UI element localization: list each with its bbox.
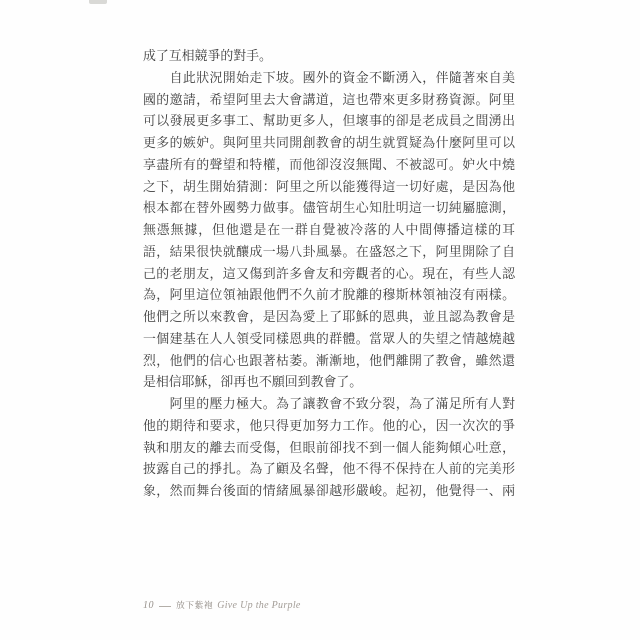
body-text-line: 之下，胡生開始猜測：阿里之所以能獲得這一切好處，是因為他 (143, 177, 515, 199)
footer-separator-line (159, 606, 171, 607)
body-text-line: 為，阿里這位領袖跟他們不久前才脫離的穆斯林領袖沒有兩樣。 (143, 285, 515, 307)
body-text-line: 他們之所以來教會，是因為愛上了耶穌的恩典，並且認為教會是 (143, 307, 515, 329)
body-text-line: 享盡所有的聲望和特權，而他卻沒沒無聞、不被認可。妒火中燒 (143, 155, 515, 177)
body-text-line: 可以發展更多事工、幫助更多人，但壞事的卻是老成員之間湧出 (143, 111, 515, 133)
body-text-line: 一個建基在人人領受同樣恩典的群體。當眾人的失望之情越燒越 (143, 329, 515, 351)
body-text-line: 無憑無據，但他還是在一群自覺被冷落的人中間傳播這樣的耳 (143, 220, 515, 242)
body-text-line: 自此狀況開始走下坡。國外的資金不斷湧入，伴隨著來自美 (143, 68, 515, 90)
body-text-line: 象，然而舞台後面的情緒風暴卻越形嚴峻。起初，他覺得一、兩 (143, 481, 515, 503)
body-text-line: 更多的嫉妒。與阿里共同開創教會的胡生就質疑為什麼阿里可以 (143, 133, 515, 155)
body-text-line: 執和朋友的離去而受傷，但眼前卻找不到一個人能夠傾心吐意， (143, 438, 515, 460)
book-title-chinese: 放下紫袍 (176, 600, 213, 610)
body-text-line: 國的邀請，希望阿里去大會講道，這也帶來更多財務資源。阿里 (143, 90, 515, 112)
book-title-english: Give Up the Purple (217, 600, 300, 611)
body-text-line: 披露自己的掙扎。為了顧及名聲，他不得不保持在人前的完美形 (143, 459, 515, 481)
body-text-line: 烈，他們的信心也跟著枯萎。漸漸地，他們離開了教會，雖然還 (143, 351, 515, 373)
page-footer: 10放下紫袍Give Up the Purple (143, 598, 301, 614)
page-edge-mark (89, 0, 107, 4)
body-text-line: 成了互相競爭的對手。 (143, 46, 515, 68)
body-text-line: 語，結果很快就釀成一場八卦風暴。在盛怒之下，阿里開除了自 (143, 242, 515, 264)
body-text-block: 成了互相競爭的對手。 自此狀況開始走下坡。國外的資金不斷湧入，伴隨著來自美 國的… (143, 46, 515, 503)
body-text-line: 他的期待和要求，他只得更加努力工作。他的心，因一次次的爭 (143, 416, 515, 438)
body-text-line: 阿里的壓力極大。為了讓教會不致分裂，為了滿足所有人對 (143, 394, 515, 416)
body-text-line: 是相信耶穌，卻再也不願回到教會了。 (143, 372, 515, 394)
book-page: 成了互相競爭的對手。 自此狀況開始走下坡。國外的資金不斷湧入，伴隨著來自美 國的… (0, 0, 640, 640)
body-text-line: 根本都在替外國勢力做事。儘管胡生心知肚明這一切純屬臆測， (143, 198, 515, 220)
body-text-line: 己的老朋友，這又傷到許多會友和旁觀者的心。現在，有些人認 (143, 264, 515, 286)
page-number: 10 (143, 600, 154, 611)
